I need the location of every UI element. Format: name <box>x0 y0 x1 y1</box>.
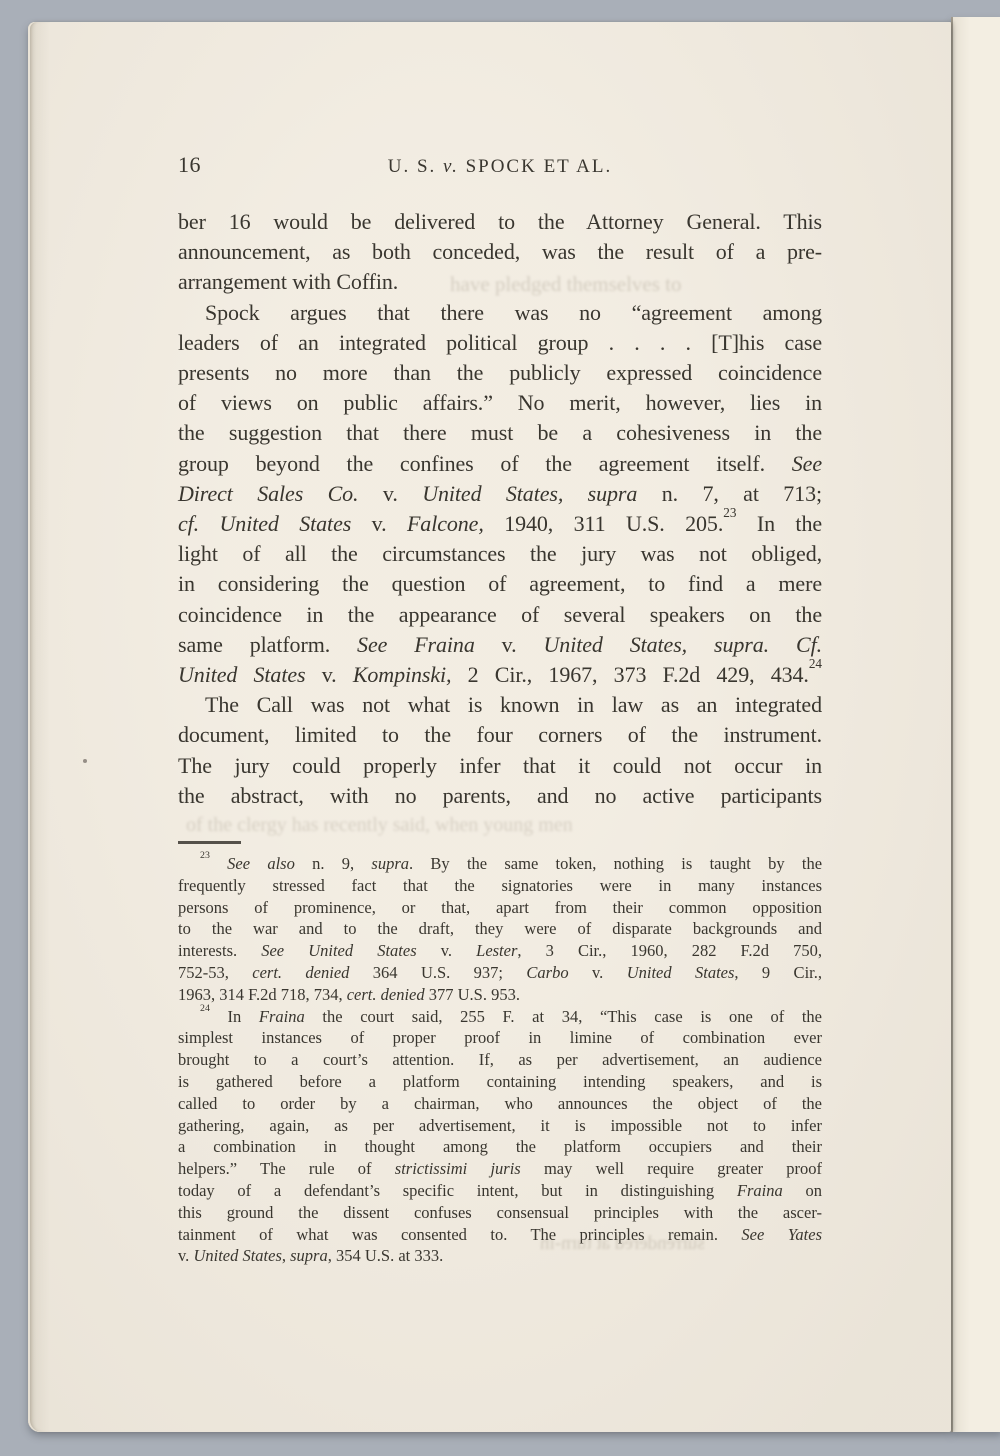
text-line: of views on public affairs.” No merit, h… <box>178 388 822 418</box>
text-line: document, limited to the four corners of… <box>178 720 822 750</box>
text-line: tainment of what was consented to. The p… <box>178 1224 822 1246</box>
text-line: interests. See United States v. Lester, … <box>178 940 822 962</box>
underlying-page-edge <box>951 17 1000 1432</box>
scanned-book-photo: 16 U. S. v. SPOCK ET AL. ber 16 would be… <box>0 0 1000 1456</box>
text-line: persons of prominence, or that, apart fr… <box>178 897 822 919</box>
text-line: light of all the circumstances the jury … <box>178 539 822 569</box>
text-line: a combination in thought among the platf… <box>178 1136 822 1158</box>
text-line: same platform. See Fraina v. United Stat… <box>178 630 822 660</box>
text-line: the suggestion that there must be a cohe… <box>178 418 822 448</box>
text-line: gathering, again, as per advertisement, … <box>178 1115 822 1137</box>
footnote-separator <box>178 841 241 844</box>
text-line: United States v. Kompinski, 2 Cir., 1967… <box>178 660 822 690</box>
text-line: today of a defendant’s specific intent, … <box>178 1180 822 1202</box>
text-line: 752-53, cert. denied 364 U.S. 937; Carbo… <box>178 962 822 984</box>
text-line: this ground the dissent confuses consens… <box>178 1202 822 1224</box>
text-line: is gathered before a platform containing… <box>178 1071 822 1093</box>
text-line: ber 16 would be delivered to the Attorne… <box>178 207 822 237</box>
text-line: arrangement with Coffin. <box>178 267 822 297</box>
text-line: cf. United States v. Falcone, 1940, 311 … <box>178 509 822 539</box>
text-line: The jury could properly infer that it co… <box>178 751 822 781</box>
text-line: 1963, 314 F.2d 718, 734, cert. denied 37… <box>178 984 822 1006</box>
text-line: called to order by a chairman, who annou… <box>178 1093 822 1115</box>
text-line: group beyond the confines of the agreeme… <box>178 449 822 479</box>
body-text: ber 16 would be delivered to the Attorne… <box>178 207 822 811</box>
text-line: presents no more than the publicly expre… <box>178 358 822 388</box>
text-line: frequently stressed fact that the signat… <box>178 875 822 897</box>
ink-speck <box>83 759 87 763</box>
text-line: brought to a court’s attention. If, as p… <box>178 1049 822 1071</box>
text-line: leaders of an integrated political group… <box>178 328 822 358</box>
text-line: The Call was not what is known in law as… <box>178 690 822 720</box>
page-stack-edge <box>28 22 50 1432</box>
text-line: to the war and to the draft, they were o… <box>178 918 822 940</box>
text-line: 23 See also n. 9, supra. By the same tok… <box>178 853 822 875</box>
text-line: the abstract, with no parents, and no ac… <box>178 781 822 811</box>
footnotes: 23 See also n. 9, supra. By the same tok… <box>178 853 822 1267</box>
running-head: U. S. v. SPOCK ET AL. <box>178 156 822 178</box>
document-page: 16 U. S. v. SPOCK ET AL. ber 16 would be… <box>28 22 951 1432</box>
text-line: 24 In Fraina the court said, 255 F. at 3… <box>178 1006 822 1028</box>
text-line: coincidence in the appearance of several… <box>178 600 822 630</box>
text-line: in considering the question of agreement… <box>178 569 822 599</box>
text-line: announcement, as both conceded, was the … <box>178 237 822 267</box>
text-line: simplest instances of proper proof in li… <box>178 1027 822 1049</box>
text-line: Spock argues that there was no “agreemen… <box>178 298 822 328</box>
text-line: v. United States, supra, 354 U.S. at 333… <box>178 1245 822 1267</box>
text-line: helpers.” The rule of strictissimi juris… <box>178 1158 822 1180</box>
